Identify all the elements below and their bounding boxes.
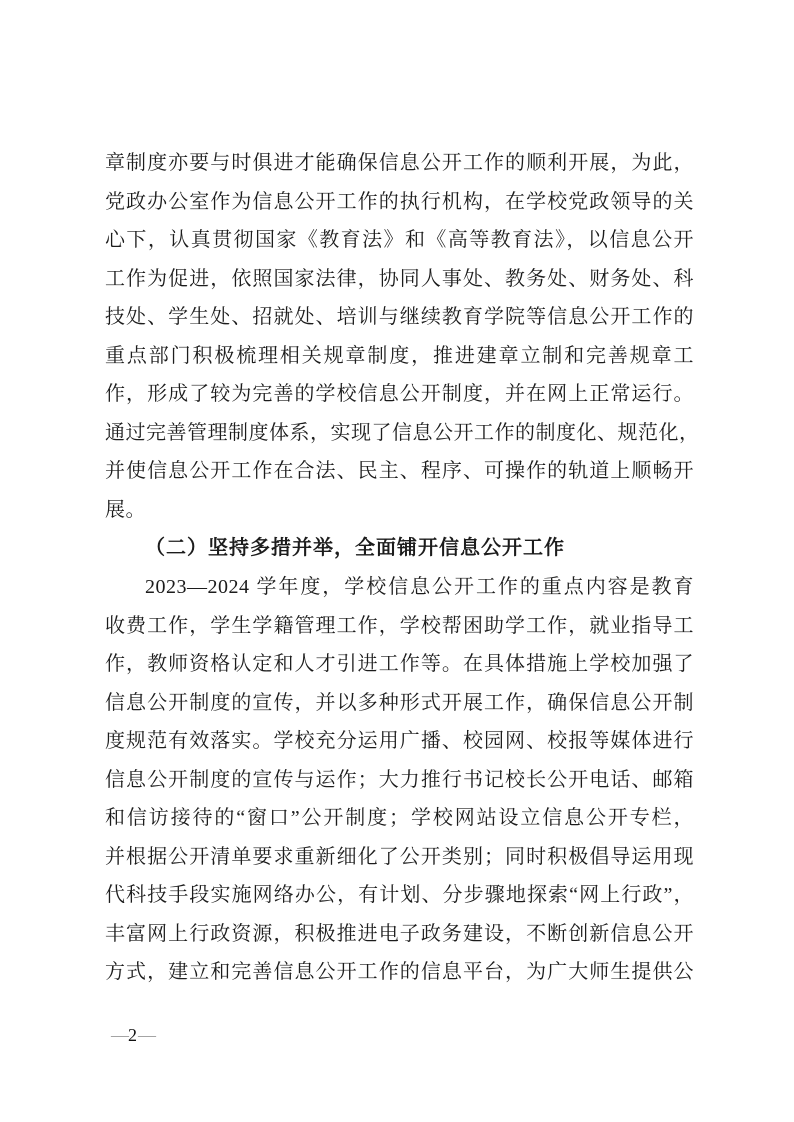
para2-line-1: 2023—2024 学年度，学校信息公开工作的重点内容是教育 <box>105 568 694 607</box>
document-body: 章制度亦要与时俱进才能确保信息公开工作的顺利开展，为此， 党政办公室作为信息公开… <box>105 144 694 992</box>
para2-line-7: 和信访接待的“窗口”公开制度；学校网站设立信息公开专栏， <box>105 799 694 838</box>
document-page: 章制度亦要与时俱进才能确保信息公开工作的顺利开展，为此， 党政办公室作为信息公开… <box>0 0 794 1122</box>
para2-line-11: 方式，建立和完善信息公开工作的信息平台，为广大师生提供公 <box>105 953 694 992</box>
page-footer: —2— <box>111 1024 154 1046</box>
para2-line-8: 并根据公开清单要求重新细化了公开类别；同时积极倡导运用现 <box>105 838 694 877</box>
para2-line-10: 丰富网上行政资源，积极推进电子政务建设，不断创新信息公开 <box>105 915 694 954</box>
para2-line-5: 度规范有效落实。学校充分运用广播、校园网、校报等媒体进行 <box>105 722 694 761</box>
footer-right-dash: — <box>138 1025 154 1045</box>
para2-line-6: 信息公开制度的宣传与运作；大力推行书记校长公开电话、邮箱 <box>105 761 694 800</box>
para2-line-2: 收费工作，学生学籍管理工作，学校帮困助学工作，就业指导工 <box>105 607 694 646</box>
para2-line-9: 代科技手段实施网络办公，有计划、分步骤地探索“网上行政”， <box>105 876 694 915</box>
para1-line-10: 展。 <box>105 491 694 530</box>
para1-line-2: 党政办公室作为信息公开工作的执行机构，在学校党政领导的关 <box>105 183 694 222</box>
para1-line-5: 技处、学生处、招就处、培训与继续教育学院等信息公开工作的 <box>105 298 694 337</box>
para1-line-7: 作，形成了较为完善的学校信息公开制度，并在网上正常运行。 <box>105 375 694 414</box>
para1-line-8: 通过完善管理制度体系，实现了信息公开工作的制度化、规范化， <box>105 414 694 453</box>
para2-line-3: 作，教师资格认定和人才引进工作等。在具体措施上学校加强了 <box>105 645 694 684</box>
para1-line-3: 心下，认真贯彻国家《教育法》和《高等教育法》，以信息公开 <box>105 221 694 260</box>
para1-line-1: 章制度亦要与时俱进才能确保信息公开工作的顺利开展，为此， <box>105 144 694 183</box>
para2-line-4: 信息公开制度的宣传，并以多种形式开展工作，确保信息公开制 <box>105 684 694 723</box>
para1-line-4: 工作为促进，依照国家法律，协同人事处、教务处、财务处、科 <box>105 260 694 299</box>
footer-left-dash: — <box>111 1025 127 1045</box>
para1-line-9: 并使信息公开工作在合法、民主、程序、可操作的轨道上顺畅开 <box>105 452 694 491</box>
para1-line-6: 重点部门积极梳理相关规章制度，推进建章立制和完善规章工 <box>105 337 694 376</box>
page-number: 2 <box>127 1025 138 1045</box>
section-heading: （二）坚持多措并举，全面铺开信息公开工作 <box>105 529 694 568</box>
